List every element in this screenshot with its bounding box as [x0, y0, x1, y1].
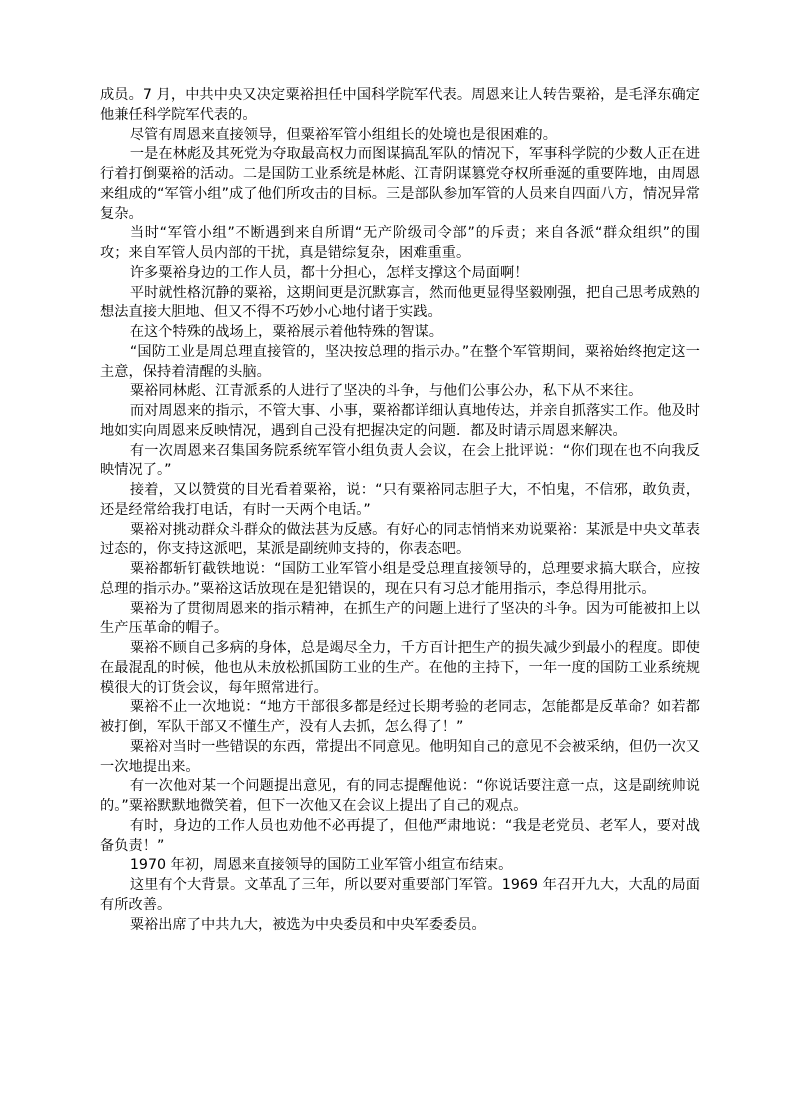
paragraph: “国防工业是周总理直接管的，坚决按总理的指示办。”在整个军管期间，粟裕始终抱定这… [100, 343, 700, 383]
paragraph: 有一次周恩来召集国务院系统军管小组负责人会议，在会上批评说：“你们现在也不向我反… [100, 442, 700, 482]
paragraph: 许多粟裕身边的工作人员，都十分担心，怎样支撑这个局面啊！ [100, 264, 700, 284]
paragraph: 成员。7 月，中共中央又决定粟裕担任中国科学院军代表。周恩来让人转告粟裕，是毛泽… [100, 86, 700, 126]
paragraph: 粟裕出席了中共九大，被选为中央委员和中央军委委员。 [100, 916, 700, 936]
paragraph: 尽管有周恩来直接领导，但粟裕军管小组组长的处境也是很困难的。 [100, 126, 700, 146]
paragraph: 粟裕为了贯彻周恩来的指示精神，在抓生产的问题上进行了坚决的斗争。因为可能被扣上以… [100, 600, 700, 640]
paragraph: 粟裕对挑动群众斗群众的做法甚为反感。有好心的同志悄悄来劝说粟裕：某派是中央文革表… [100, 521, 700, 561]
paragraph: 在这个特殊的战场上，粟裕展示着他特殊的智谋。 [100, 323, 700, 343]
paragraph: 一是在林彪及其死党为夺取最高权力而图谋搞乱军队的情况下，军事科学院的少数人正在进… [100, 145, 700, 224]
paragraph: 粟裕不止一次地说：“地方干部很多都是经过长期考验的老同志，怎能都是反革命？如若都… [100, 698, 700, 738]
paragraph: 粟裕同林彪、江青派系的人进行了坚决的斗争，与他们公事公办，私下从不来往。 [100, 382, 700, 402]
paragraph: 当时“军管小组”不断遇到来自所谓“无产阶级司令部”的斥责；来自各派“群众组织”的… [100, 224, 700, 264]
paragraph: 粟裕对当时一些错误的东西，常提出不同意见。他明知自己的意见不会被采纳，但仍一次又… [100, 738, 700, 778]
paragraph: 平时就性格沉静的粟裕，这期间更是沉默寡言，然而他更显得坚毅刚强，把自己思考成熟的… [100, 284, 700, 324]
paragraph: 而对周恩来的指示，不管大事、小事，粟裕都详细认真地传达，并亲自抓落实工作。他及时… [100, 402, 700, 442]
paragraph: 粟裕不顾自己多病的身体，总是竭尽全力，千方百计把生产的损失减少到最小的程度。即使… [100, 639, 700, 698]
paragraph: 这里有个大背景。文革乱了三年，所以要对重要部门军管。1969 年召开九大，大乱的… [100, 876, 700, 916]
paragraph: 1970 年初，周恩来直接领导的国防工业军管小组宣布结束。 [100, 856, 700, 876]
paragraph: 粟裕都斩钉截铁地说：“国防工业军管小组是受总理直接领导的，总理要求搞大联合，应按… [100, 560, 700, 600]
paragraph: 接着，又以赞赏的目光看着粟裕，说：“只有粟裕同志胆子大，不怕鬼，不信邪，敢负责，… [100, 481, 700, 521]
paragraph: 有一次他对某一个问题提出意见，有的同志提醒他说：“你说话要注意一点，这是副统帅说… [100, 777, 700, 817]
document-page: 成员。7 月，中共中央又决定粟裕担任中国科学院军代表。周恩来让人转告粟裕，是毛泽… [100, 86, 700, 935]
paragraph: 有时，身边的工作人员也劝他不必再提了，但他严肃地说：“我是老党员、老军人，要对战… [100, 817, 700, 857]
